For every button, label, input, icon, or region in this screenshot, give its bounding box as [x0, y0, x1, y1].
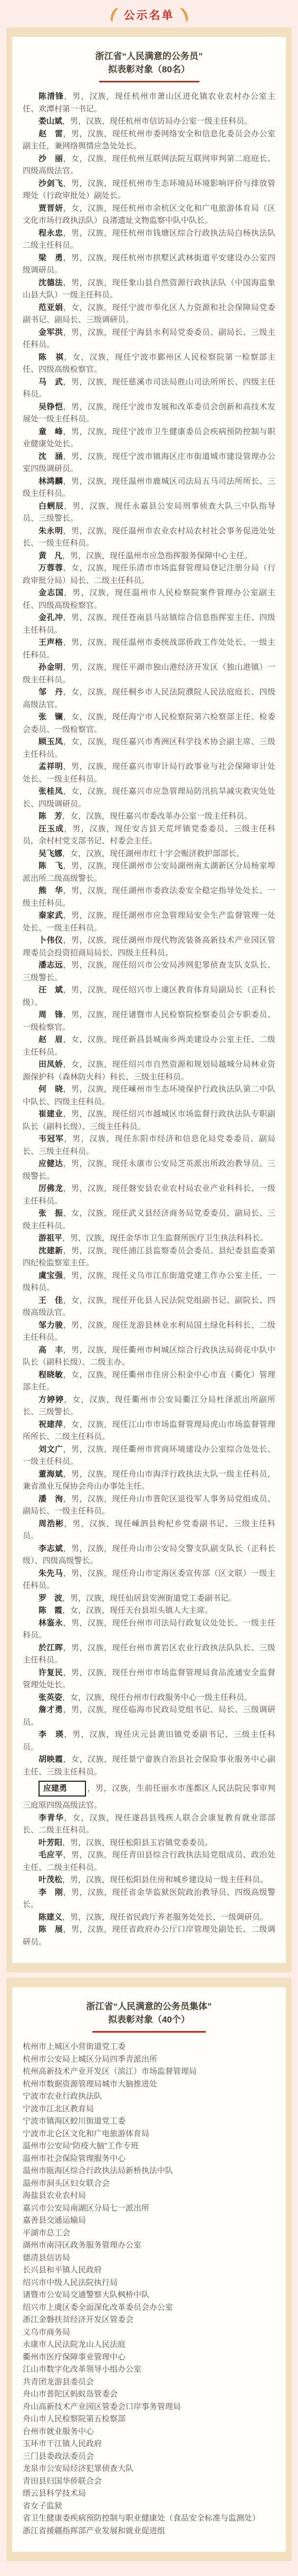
- list-item: 秦家武，男，汉族，现任湖州市应急管理局安全生产监督管理一处处长、一级主任科员。: [23, 909, 275, 934]
- list-item: 虞宝强，男，汉族，现任义乌市江东街道党建工作办公室主任、一级科员。: [23, 1270, 275, 1294]
- list-item: 林鸿麟，男，汉族，现任温州市鹿城区司法局五马司法所所长、三级主任科员。: [23, 475, 275, 500]
- org-list-item: 温州市洞头区妇女联合会: [23, 2177, 275, 2190]
- person-name: 朱永明: [39, 527, 63, 535]
- person-name: 金志国: [39, 588, 64, 597]
- list-item: 韦冠军，男，汉族，现任东阳市经济和信息化局党委委员、副局长、三级主任科员。: [23, 1133, 275, 1158]
- list-item: 周浩彬，男，汉族，现任嵊泗县枸杞乡党委副书记、三级主任科员。: [23, 1518, 275, 1543]
- person-name: 张英姿: [39, 1693, 62, 1702]
- list-item: 应建勇，男，汉族，生前任丽水市莲都区人民法院民事审判三庭原四级高级法官。: [23, 1778, 275, 1812]
- person-description: ，女，汉族，现任台州市行政服务中心一级主任科员。: [62, 1693, 252, 1702]
- list-item: 卜伟仪，男，汉族，现任湖州市现代物流装备高新技术产业园区管理委员会投资招商局局长…: [23, 934, 275, 959]
- org-list-item: 宁波市镇海区蛟川街道党工委: [23, 2115, 275, 2128]
- list-item: 李青华，女，汉族，现任遂昌县残疾人联合会康复教育就业部部长、二级主任科员。: [23, 1812, 275, 1837]
- person-name: 沙 丽: [39, 154, 63, 163]
- person-name: 沈建新: [39, 1246, 63, 1255]
- person-name: 程晓敏: [39, 1370, 63, 1379]
- org-list-item: 省卫生健康委疾病预防控制与职业健康处（食品安全标准与监测处）: [23, 2512, 275, 2525]
- person-name: 秦家武: [39, 911, 63, 920]
- org-list-item: 浙江省援疆指挥部产业发展和就业促进组: [23, 2525, 275, 2537]
- person-name: 韦冠军: [39, 1134, 64, 1143]
- list-item: 贾晋妍，女，汉族，现任杭州市余杭区文化和广电旅游体育局（区文化市场行政执法队）良…: [23, 202, 275, 227]
- individual-awards-card: 浙江省“人民满意的公务员” 拟表彰对象（80名） 陈清锋，男，汉族，现任杭州市萧…: [6, 27, 292, 1972]
- person-name: 陈 霞: [39, 1606, 62, 1615]
- list-item: 金孔冲，男，汉族，现任苍南县马站镇综合信息指挥室主任、四级主任科员。: [23, 612, 275, 636]
- person-description: ，男，汉族，现任省民政厅养老服务处处长、一级调研员。: [62, 1913, 268, 1922]
- person-name: 周 锋: [39, 1010, 63, 1019]
- person-name: 潘 洵: [39, 1494, 63, 1503]
- person-name: 叶芳阳: [39, 1838, 62, 1847]
- person-name: 黄 凡: [39, 551, 62, 560]
- person-name: 孙金明: [39, 663, 63, 672]
- person-name: 陈 飞: [39, 861, 63, 870]
- person-name: 贾晋妍: [39, 204, 63, 213]
- person-name: 王 佳: [39, 1296, 63, 1305]
- person-name: 高 丰: [39, 1346, 63, 1355]
- list-item: 沙剑飞，男，汉族，现任杭州市生态环境局环境影响评价与排放管理处（行政审批处）副处…: [23, 177, 275, 202]
- list-item: 毛应平，男，汉族，现任青田县综合行政执法局党组成员、政治处主任、二级主任科员。: [23, 1849, 275, 1874]
- list-item: 娄山斌，男，汉族，现任杭州市信访局办公室一级主任科员。: [23, 115, 275, 128]
- list-item: 金军洪，男，汉族，现任宁海县水利局党委委员、副局长、三级主任科员。: [23, 326, 275, 351]
- list-item: 潘志远，男，汉族，现任绍兴市公安局涉网犯罪侦查支队支队长、三级警长。: [23, 959, 275, 984]
- collective-awards-list: 杭州市上城区小营街道党工委杭州市公安局上城区分局四季青派出所杭州高新技术产业开发…: [23, 2041, 275, 2537]
- person-name: 张桂凤: [39, 787, 63, 796]
- person-name: 刘文广: [39, 1445, 63, 1454]
- person-name: 金孔冲: [39, 613, 63, 622]
- wheat-ear-right-icon: [179, 7, 191, 23]
- list-item: 胡映霞，女，汉族，现任景宁畲族自治县社会保险事业服务中心副主任、三级主任科员。: [23, 1753, 275, 1778]
- org-list-item: 玉环市干江镇人民政府: [23, 2438, 275, 2450]
- list-item: 汪玉成，男，汉族，现任安吉县天荒坪镇党委委员、三级主任科员，余村村党支部书记、村…: [23, 823, 275, 848]
- person-name: 白蛚辰: [39, 502, 64, 511]
- list-item: 厉佛龙，男，汉族，现任磐安县农业农村局农业产业科科长、一级主任科员。: [23, 1182, 275, 1207]
- org-list-item: 杭州市数据资源管理局城市大脑推进处: [23, 2078, 275, 2091]
- list-item: 沈 涵，男，汉族，现任宁波市镇海区庄市街道城市建设管理办公室四级调研员。: [23, 450, 275, 475]
- section2-title-line1: 浙江省“人民满意的公务员集体”: [23, 2000, 275, 2013]
- list-item: 沈德法，男，汉族，现任象山县自然资源行政执法队（中国海监象山县大队）一级主任科员…: [23, 277, 275, 302]
- org-list-item: 嘉善县交通运输局: [23, 2214, 275, 2227]
- org-list-item: 温州市公安局“防疫大脑”工作专班: [23, 2140, 275, 2152]
- person-name: 詹才勇: [39, 1705, 63, 1714]
- individual-awards-inner: 浙江省“人民满意的公务员” 拟表彰对象（80名） 陈清锋，男，汉族，现任杭州市萧…: [12, 37, 286, 1963]
- person-name: 厉佛龙: [39, 1184, 63, 1193]
- person-name: 马 武: [39, 378, 63, 387]
- list-item: 张 镧，女，汉族，现任海宁市人民检察院第六检察部主任、检委会委员、一级检察官。: [23, 711, 275, 736]
- person-name: 沈 涵: [39, 452, 63, 461]
- person-name: 田凤娇: [39, 1060, 63, 1069]
- person-description: ，女，汉族，现任天台县坦头镇人大主席。: [62, 1606, 213, 1615]
- person-name: 赵 雷: [39, 129, 63, 138]
- list-item: 邹力骏，男，汉族，现任龙游县林业水利局国土绿化科科长、二级主任科员。: [23, 1319, 275, 1344]
- person-name: 李 瑛: [39, 1730, 64, 1739]
- org-list-item: 嘉兴市公安局南湖区分局七一派出所: [23, 2202, 275, 2215]
- list-item: 梁 勇，男，汉族，现任杭州市拱墅区武林街道平安建设办公室四级调研员。: [23, 252, 275, 277]
- list-item: 赵 雷，男，汉族，现任杭州市委网络安全和信息化委员会办公室副主任，兼网络舆情应急…: [23, 128, 275, 153]
- person-name: 沙剑飞: [39, 179, 63, 188]
- person-name: 邹 丹: [39, 688, 63, 697]
- org-list-item: 衢州市医疗保障事业管理中心: [23, 2351, 275, 2364]
- list-item: 邹 丹，女，汉族，现任桐乡市人民法院濮院人民法庭庭长、四级高级法官。: [23, 686, 275, 711]
- list-item: 詹才勇，男，汉族，现任临海市民政局党组书记、局长、三级调研员。: [23, 1704, 275, 1728]
- person-name: 吴铮恺: [39, 402, 63, 411]
- person-name: 陈 祺: [39, 353, 64, 362]
- person-name: 李青华: [39, 1813, 64, 1822]
- person-name: 虞宝强: [39, 1271, 63, 1280]
- person-name: 童 峰: [39, 427, 63, 436]
- list-item: 李志斌，男，汉族，现任舟山市公安局交警支队副支队长（正科长级）、四级高级警长。: [23, 1543, 275, 1567]
- person-name: 赵 眉: [39, 1035, 63, 1044]
- page-header: 公示名单: [0, 0, 298, 27]
- org-list-item: 杭州市上城区小营街道党工委: [23, 2041, 275, 2053]
- list-item: 陈建义，男，汉族，现任省民政厅养老服务处处长、一级调研员。: [23, 1911, 275, 1924]
- individual-awards-list: 陈清锋，男，汉族，现任杭州市萧山区进化镇农业农村办公室主任、欢潭村第一书记。娄山…: [23, 90, 275, 1948]
- person-description: ，男，汉族，现任松阳县住房和城乡建设局一级主任科员。: [62, 1875, 268, 1884]
- org-list-item: 宁波市北仑区文化和广电旅游体育局: [23, 2128, 275, 2140]
- list-item: 孙金明，男，汉族，现任平湖市独山港经济开发区（独山港镇）一级主任科员。: [23, 661, 275, 686]
- collective-awards-card: 浙江省“人民满意的公务员集体” 拟表彰对象（40个） 杭州市上城区小营街道党工委…: [6, 1978, 292, 2561]
- person-name: 祝建萍: [39, 1420, 63, 1429]
- person-name: 游祖平: [39, 1234, 62, 1243]
- person-name: 董海斌: [39, 1470, 63, 1479]
- person-name: 汪玉成: [39, 824, 64, 833]
- list-item: 孟祥明，男，汉族，现任嘉兴市审计局行政事业与社会保障审计处处长、一级主任科员。: [23, 760, 275, 785]
- person-name: 许复民: [39, 1668, 63, 1677]
- person-description: ，男，汉族，现任松阳县玉岩镇党委委员。: [62, 1838, 213, 1847]
- person-name: 梁 勇: [39, 253, 63, 262]
- list-item: 张桂凤，女，汉族，现任嘉兴市应急管理局防汛抗旱减灾救灾处处长、四级调研员。: [23, 785, 275, 810]
- list-item: 陈 祺，女，汉族，现任宁波市鄞州区人民检察院第一检察部主任、四级高级检察官。: [23, 351, 275, 376]
- list-item: 陈 芳，女，汉族，现任嘉兴市委改革办公室一级主任科员。: [23, 810, 275, 823]
- list-item: 刘文广，男，汉族，现任衢州市营商环境建设办公室综合处处长、一级主任科员。: [23, 1443, 275, 1468]
- org-list-item: 台州市就业服务中心: [23, 2425, 275, 2438]
- list-item: 程永忠，男，汉族，现任杭州市钱塘区综合行政执法局白杨执法队二级主任科员。: [23, 227, 275, 252]
- person-name: 陈清锋: [39, 92, 64, 101]
- list-item: 崔建业，男，汉族，现任绍兴市越城区市场监督行政执法队专职副队长（副科长级）、三级…: [23, 1108, 275, 1133]
- section1-title-line1: 浙江省“人民满意的公务员”: [23, 50, 275, 63]
- person-description: ，女，汉族，现任湖州市红十字会赈济救护部部长。: [62, 849, 244, 858]
- list-item: 李 瑛，男，汉族，现任庆元县黄田镇党委副书记、三级主任科员。: [23, 1728, 275, 1753]
- org-list-item: 温州市社会保险管理服务中心: [23, 2152, 275, 2165]
- list-item: 祝建萍，女，汉族，现任江山市市场监督管理局虎山市场监督管理所所长、二级主任科员。: [23, 1418, 275, 1443]
- person-name: 王声格: [39, 638, 63, 647]
- list-item: 陈 展，男，汉族，现任省政府办公厅口岸管理处副处长、二级调研员。: [23, 1923, 275, 1948]
- list-item: 汪 斌，男，汉族，现任绍兴市上虞区教育体育局副局长（正科长级）。: [23, 984, 275, 1009]
- list-item: 沈建新，男，汉族，现任浦江县监察委员会委员、县纪委县监委第四纪检监察室主任。: [23, 1245, 275, 1270]
- org-list-item: 三门县委政法委员会: [23, 2450, 275, 2463]
- org-list-item: 江山市数字化改革领导小组办公室: [23, 2363, 275, 2376]
- list-item: 李 刚，男，汉族，现任省金华监狱医院政治教导员、四级高级警长。: [23, 1886, 275, 1911]
- person-description: ，男，汉族，现任金华市卫生监督所医疗卫生执法科科长。: [62, 1234, 268, 1243]
- list-item: 陈 霞，女，汉族，现任天台县坦头镇人大主席。: [23, 1604, 275, 1617]
- list-item: 张英姿，女，汉族，现任台州市行政服务中心一级主任科员。: [23, 1691, 275, 1704]
- person-name: 沈德法: [39, 278, 63, 287]
- org-list-item: 义乌市商务局: [23, 2326, 275, 2339]
- org-list-item: 诸暨市公安局交通警察大队枫桥中队: [23, 2289, 275, 2301]
- page-title: 公示名单: [124, 7, 175, 23]
- person-name: 李志斌: [39, 1544, 63, 1553]
- org-list-item: 青田县归国华侨联合会: [23, 2475, 275, 2488]
- list-item: 陈清锋，男，汉族，现任杭州市萧山区进化镇农业农村办公室主任、欢潭村第一书记。: [23, 90, 275, 115]
- list-item: 朱先马，男，汉族，现任舟山市定海区委宣传部（区文联）一级主任科员。: [23, 1567, 275, 1592]
- org-list-item: 舟山市人民检察院第五检察部: [23, 2413, 275, 2425]
- person-name: 罗 波: [39, 1594, 62, 1603]
- list-item: 田凤娇，女，汉族，现任绍兴市自然资源和规划局越城分局林业资源保护科（森林防火科）…: [23, 1058, 275, 1083]
- list-item: 马 武，男，汉族，现任慈溪市司法局胜山司法所所长、四级主任科员。: [23, 376, 275, 401]
- person-name: 范亚娟: [39, 303, 63, 312]
- list-item: 白蛚辰，男，汉族，现任永嘉县公安局刑事侦查大队三中队指导员、三级警长。: [23, 500, 275, 525]
- org-list-item: 宁波市江北区教育局: [23, 2103, 275, 2116]
- person-name: 邹力骏: [39, 1321, 63, 1330]
- person-name: 应健达: [39, 1159, 63, 1168]
- list-item: 金志国，男，汉族，现任温州市人民检察院案件管理办公室副主任、四级高级检察官。: [23, 587, 275, 612]
- person-name: 汪 斌: [39, 985, 63, 994]
- org-list-item: 绍兴市上虞区委全面深化改革委员会办公室: [23, 2301, 275, 2314]
- list-item: 叶芳阳，男，汉族，现任松阳县玉岩镇党委委员。: [23, 1837, 275, 1849]
- person-name: 林鉴永: [39, 1619, 63, 1628]
- org-list-item: 长兴县和平镇人民政府: [23, 2264, 275, 2277]
- org-list-item: 平湖市总工会: [23, 2227, 275, 2240]
- org-list-item: 海盐县农业农村局: [23, 2189, 275, 2202]
- list-item: 赵 眉，女，汉族，现任新昌县城南乡两美建设办公室主任、二级主任科员。: [23, 1033, 275, 1058]
- list-item: 熊 华，男，汉族，现任湖州市委政法委安全稳定指导处处长、一级主任科员。: [23, 885, 275, 909]
- org-list-item: 杭州市公安局上城区分局四季青派出所: [23, 2053, 275, 2066]
- list-item: 吴铮恺，男，汉族，现任宁波市发展和改革委员会创新和高技术发展处一级主任科员。: [23, 401, 275, 426]
- person-name: 卜伟仪: [39, 936, 63, 945]
- list-item: 何 晓，男，汉族，现任嵊州市生态环境保护行政执法队第二中队中队长、四级主任科员。: [23, 1083, 275, 1108]
- org-list-item: 湖州市南浔区政务服务管理办公室: [23, 2239, 275, 2252]
- list-item: 吴飞娜，女，汉族，现任湖州市红十字会赈济救护部部长。: [23, 848, 275, 860]
- list-item: 王 佳，女，汉族，现任开化县人民法院党组副书记、副院长、四级高级法官。: [23, 1294, 275, 1319]
- person-name: 林鸿麟: [39, 477, 63, 486]
- list-item: 顾玉凤，女，汉族，现任嘉兴市秀洲区科学技术协会副主席、三级主任科员。: [23, 736, 275, 760]
- person-name: 叶茂松: [39, 1875, 62, 1884]
- list-item: 应健达，男，汉族，现任永康市公安局芝英派出所政治教导员、三级警长。: [23, 1158, 275, 1182]
- section1-title-underline: [99, 81, 199, 82]
- list-item: 黄 凡，男，汉族，现任温州市应急指挥服务保障中心主任。: [23, 550, 275, 562]
- person-name: 潘志远: [39, 961, 63, 970]
- org-list-item: 绍兴市中级人民法院执行局: [23, 2277, 275, 2289]
- list-item: 万蓉蓉，女，汉族，现任乐清市市场监督管理局登记注册分局（行政审批分局）局长、二级…: [23, 562, 275, 587]
- org-list-item: 永康市人民法院龙山人民法庭: [23, 2338, 275, 2351]
- list-item: 童 峰，男，汉族，现任宁波市卫生健康委员会疾病预防控制与职业健康处处长。: [23, 426, 275, 450]
- list-item: 周 锋，男，汉族，现任诸暨市人民检察院检察委员会专职委员、一级检察官。: [23, 1009, 275, 1033]
- person-description: ，女，汉族，现任嘉兴市委改革办公室一级主任科员。: [62, 812, 252, 821]
- list-item: 范亚娟，女，汉族，现任宁波市奉化区人力资源和社会保障局党委副书记、副局长、三级调…: [23, 302, 275, 326]
- org-list-item: 杭州高新技术产业开发区（滨江）市场监督管理局: [23, 2065, 275, 2078]
- list-item: 朱永明，男，汉族，现任温州市农业农村局农村社会事务促进处处长、一级主任科员。: [23, 525, 275, 550]
- org-list-item: 共青团龙游县委员会: [23, 2376, 275, 2389]
- person-description: ，男，汉族，现任仙居县安洲街道党工委副书记。: [62, 1594, 236, 1603]
- list-item: 许复民，男，汉族，现任台州市市场监督管理局食品流通安全监督管理处处长。: [23, 1667, 275, 1691]
- person-name: 张 振: [39, 1209, 63, 1218]
- person-name: 顾玉凤: [39, 737, 63, 746]
- person-name: 张 镧: [39, 712, 63, 721]
- person-name: 吴飞娜: [39, 849, 62, 858]
- person-name: 崔建业: [39, 1110, 63, 1118]
- org-list-item: 温州市瓯海区综合行政执法局新桥执法中队: [23, 2165, 275, 2177]
- org-list-item: 龙泉市公安局经济犯罪侦查大队: [23, 2462, 275, 2475]
- person-name-framed: 应建勇: [39, 1781, 86, 1797]
- person-name: 毛应平: [39, 1850, 63, 1859]
- list-item: 陈 飞，男，汉族，现任湖州市公安局湖州南太湖新区分局杨家埠派出所二级高级警长。: [23, 860, 275, 885]
- list-item: 方婷婷，女，汉族，现任衢州市公安局衢江分局杜泽派出所副所长、三级警长。: [23, 1394, 275, 1418]
- org-list-item: 德清县信访局: [23, 2252, 275, 2264]
- person-name: 胡映霞: [39, 1755, 63, 1764]
- person-name: 朱先马: [39, 1569, 63, 1578]
- wheat-ear-left-icon: [108, 7, 119, 23]
- person-name: 於江晖: [39, 1643, 63, 1652]
- person-name: 陈 展: [39, 1925, 63, 1934]
- org-list-item: 浙江金磐扶贫经济开发区管委会: [23, 2314, 275, 2326]
- person-description: ，男，汉族，现任杭州市信访局办公室一级主任科员。: [62, 117, 252, 126]
- list-item: 张 振，女，汉族，现任武义县经济商务局党委委员、副局长、三级主任科员。: [23, 1207, 275, 1232]
- list-item: 潘 洵，男，汉族，现任舟山市普陀区退役军人事务局党组成员、副局长、一级主任科员。: [23, 1493, 275, 1518]
- person-name: 李 刚: [39, 1888, 63, 1897]
- list-item: 王声格，男，汉族，现任温州市委统战部侨政工作处处长、一级主任科员。: [23, 636, 275, 661]
- list-item: 沙 丽，女，汉族，现任杭州互联网法院互联网审判第二庭庭长、四级高级法官。: [23, 153, 275, 177]
- list-item: 於江晖，男，汉族，现任台州市黄岩区农业行政执法队队长、三级主任科员。: [23, 1642, 275, 1667]
- announcement-page: 公示名单 浙江省“人民满意的公务员” 拟表彰对象（80名） 陈清锋，男，汉族，现…: [0, 0, 298, 2576]
- person-name: 娄山斌: [39, 117, 62, 126]
- list-item: 罗 波，男，汉族，现任仙居县安洲街道党工委副书记。: [23, 1592, 275, 1605]
- list-item: 程晓敏，女，汉族，现任衢州市住房公积金中心市直（衢化）管理部主任。: [23, 1369, 275, 1394]
- person-name: 孟祥明: [39, 762, 63, 771]
- person-name: 万蓉蓉: [39, 563, 63, 572]
- person-name: 程永忠: [39, 229, 63, 238]
- org-list-item: 舟山市普陀区蚂蚁岛管委会: [23, 2388, 275, 2401]
- section2-title-line2: 拟表彰对象（40个）: [23, 2013, 275, 2026]
- person-description: ，男，汉族，现任温州市应急指挥服务保障中心主任。: [62, 551, 252, 560]
- list-item: 游祖平，男，汉族，现任金华市卫生监督所医疗卫生执法科科长。: [23, 1232, 275, 1245]
- person-name: 金军洪: [39, 328, 63, 337]
- person-name: 何 晓: [39, 1085, 63, 1094]
- section2-title-underline: [92, 2031, 206, 2033]
- list-item: 高 丰，男，汉族，现任衢州市柯城区综合行政执法局荷花中队中队长（副科长级）、二级…: [23, 1344, 275, 1369]
- person-name: 方婷婷: [39, 1395, 64, 1404]
- list-item: 林鉴永，男，汉族，现任台州市司法局行政复议处处长、一级主任科员。: [23, 1617, 275, 1642]
- person-name: 陈建义: [39, 1913, 62, 1922]
- org-list-item: 缙云县科学技术局: [23, 2487, 275, 2500]
- collective-awards-inner: 浙江省“人民满意的公务员集体” 拟表彰对象（40个） 杭州市上城区小营街道党工委…: [12, 1987, 286, 2552]
- person-name: 熊 华: [39, 886, 63, 895]
- person-name: 周浩彬: [39, 1519, 64, 1528]
- org-list-item: 宁波市农业行政执法队: [23, 2090, 275, 2103]
- list-item: 叶茂松，男，汉族，现任松阳县住房和城乡建设局一级主任科员。: [23, 1874, 275, 1886]
- org-list-item: 省女子监狱: [23, 2500, 275, 2513]
- list-item: 董海斌，男，汉族，现任舟山市海洋行政执法大队一级主任科员，兼省渔业互保协会舟山办…: [23, 1468, 275, 1493]
- person-name: 陈 芳: [39, 812, 62, 821]
- org-list-item: 舟山高新技术产业园区管委会口岸事务管理局: [23, 2401, 275, 2413]
- section1-title-line2: 拟表彰对象（80名）: [23, 63, 275, 76]
